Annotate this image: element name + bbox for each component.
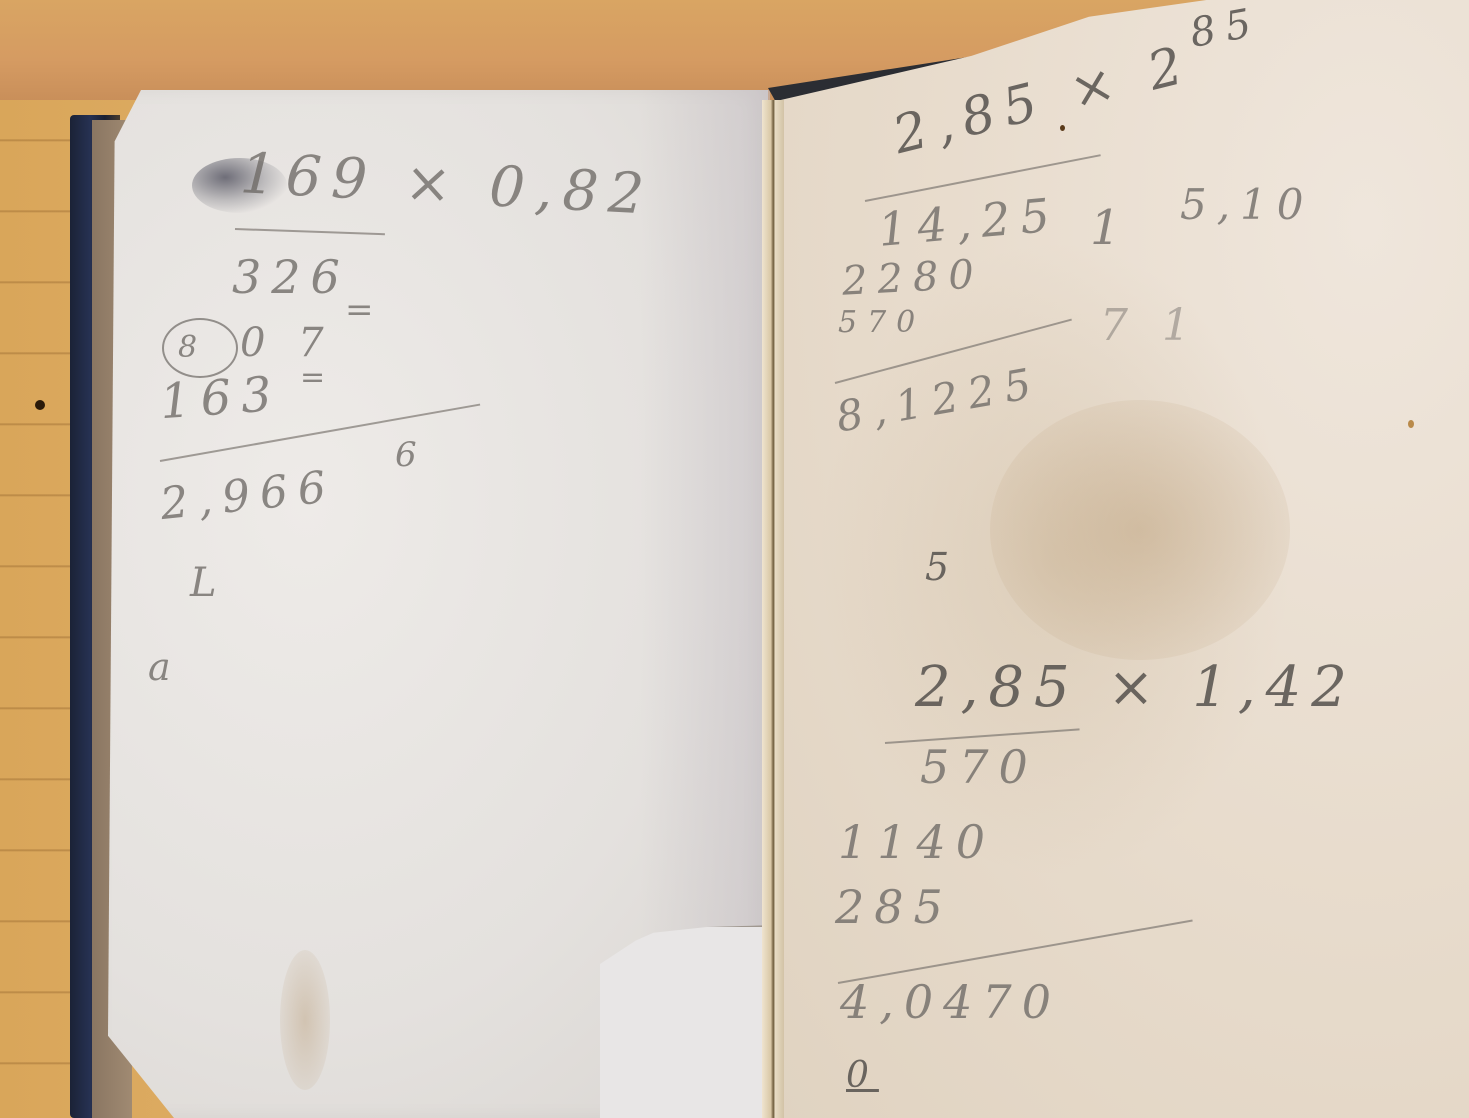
footer-mark: 0 bbox=[846, 1055, 879, 1096]
side-note: 5,10 bbox=[1180, 180, 1314, 229]
right-result-2: 4,0470 bbox=[840, 975, 1061, 1029]
book-gutter bbox=[762, 100, 784, 1118]
margin-mark: L bbox=[190, 560, 227, 606]
left-partial-1: 326 bbox=[232, 250, 350, 304]
stray-digit: 6 bbox=[395, 435, 427, 475]
right-line-3: 570 bbox=[838, 305, 925, 340]
stray-digit: 5 bbox=[925, 545, 959, 589]
equals-mark: = bbox=[345, 290, 384, 330]
wood-knot bbox=[35, 400, 45, 410]
side-note: 1 bbox=[1090, 200, 1131, 256]
foxing-spot bbox=[1408, 420, 1414, 428]
torn-page-corner bbox=[600, 925, 778, 1118]
side-note: 7 1 bbox=[1100, 300, 1200, 351]
right-line-4: 570 bbox=[920, 740, 1038, 794]
equals-mark: = bbox=[300, 360, 335, 395]
left-page-stain bbox=[280, 950, 330, 1090]
right-line-5: 1140 bbox=[838, 815, 995, 869]
right-line-6: 285 bbox=[835, 880, 953, 934]
margin-mark: a bbox=[148, 645, 181, 689]
right-page-water-stain bbox=[990, 400, 1290, 660]
right-problem-2: 2,85 × 1,42 bbox=[915, 655, 1357, 720]
left-partial-3: 163 bbox=[158, 366, 283, 430]
photo-scene: 169 × 0,82 326 = 8 0 7 = 163 2,966 6 L a… bbox=[0, 0, 1469, 1118]
right-line-2: 2280 bbox=[841, 251, 985, 304]
circled-digit: 8 bbox=[178, 330, 207, 365]
